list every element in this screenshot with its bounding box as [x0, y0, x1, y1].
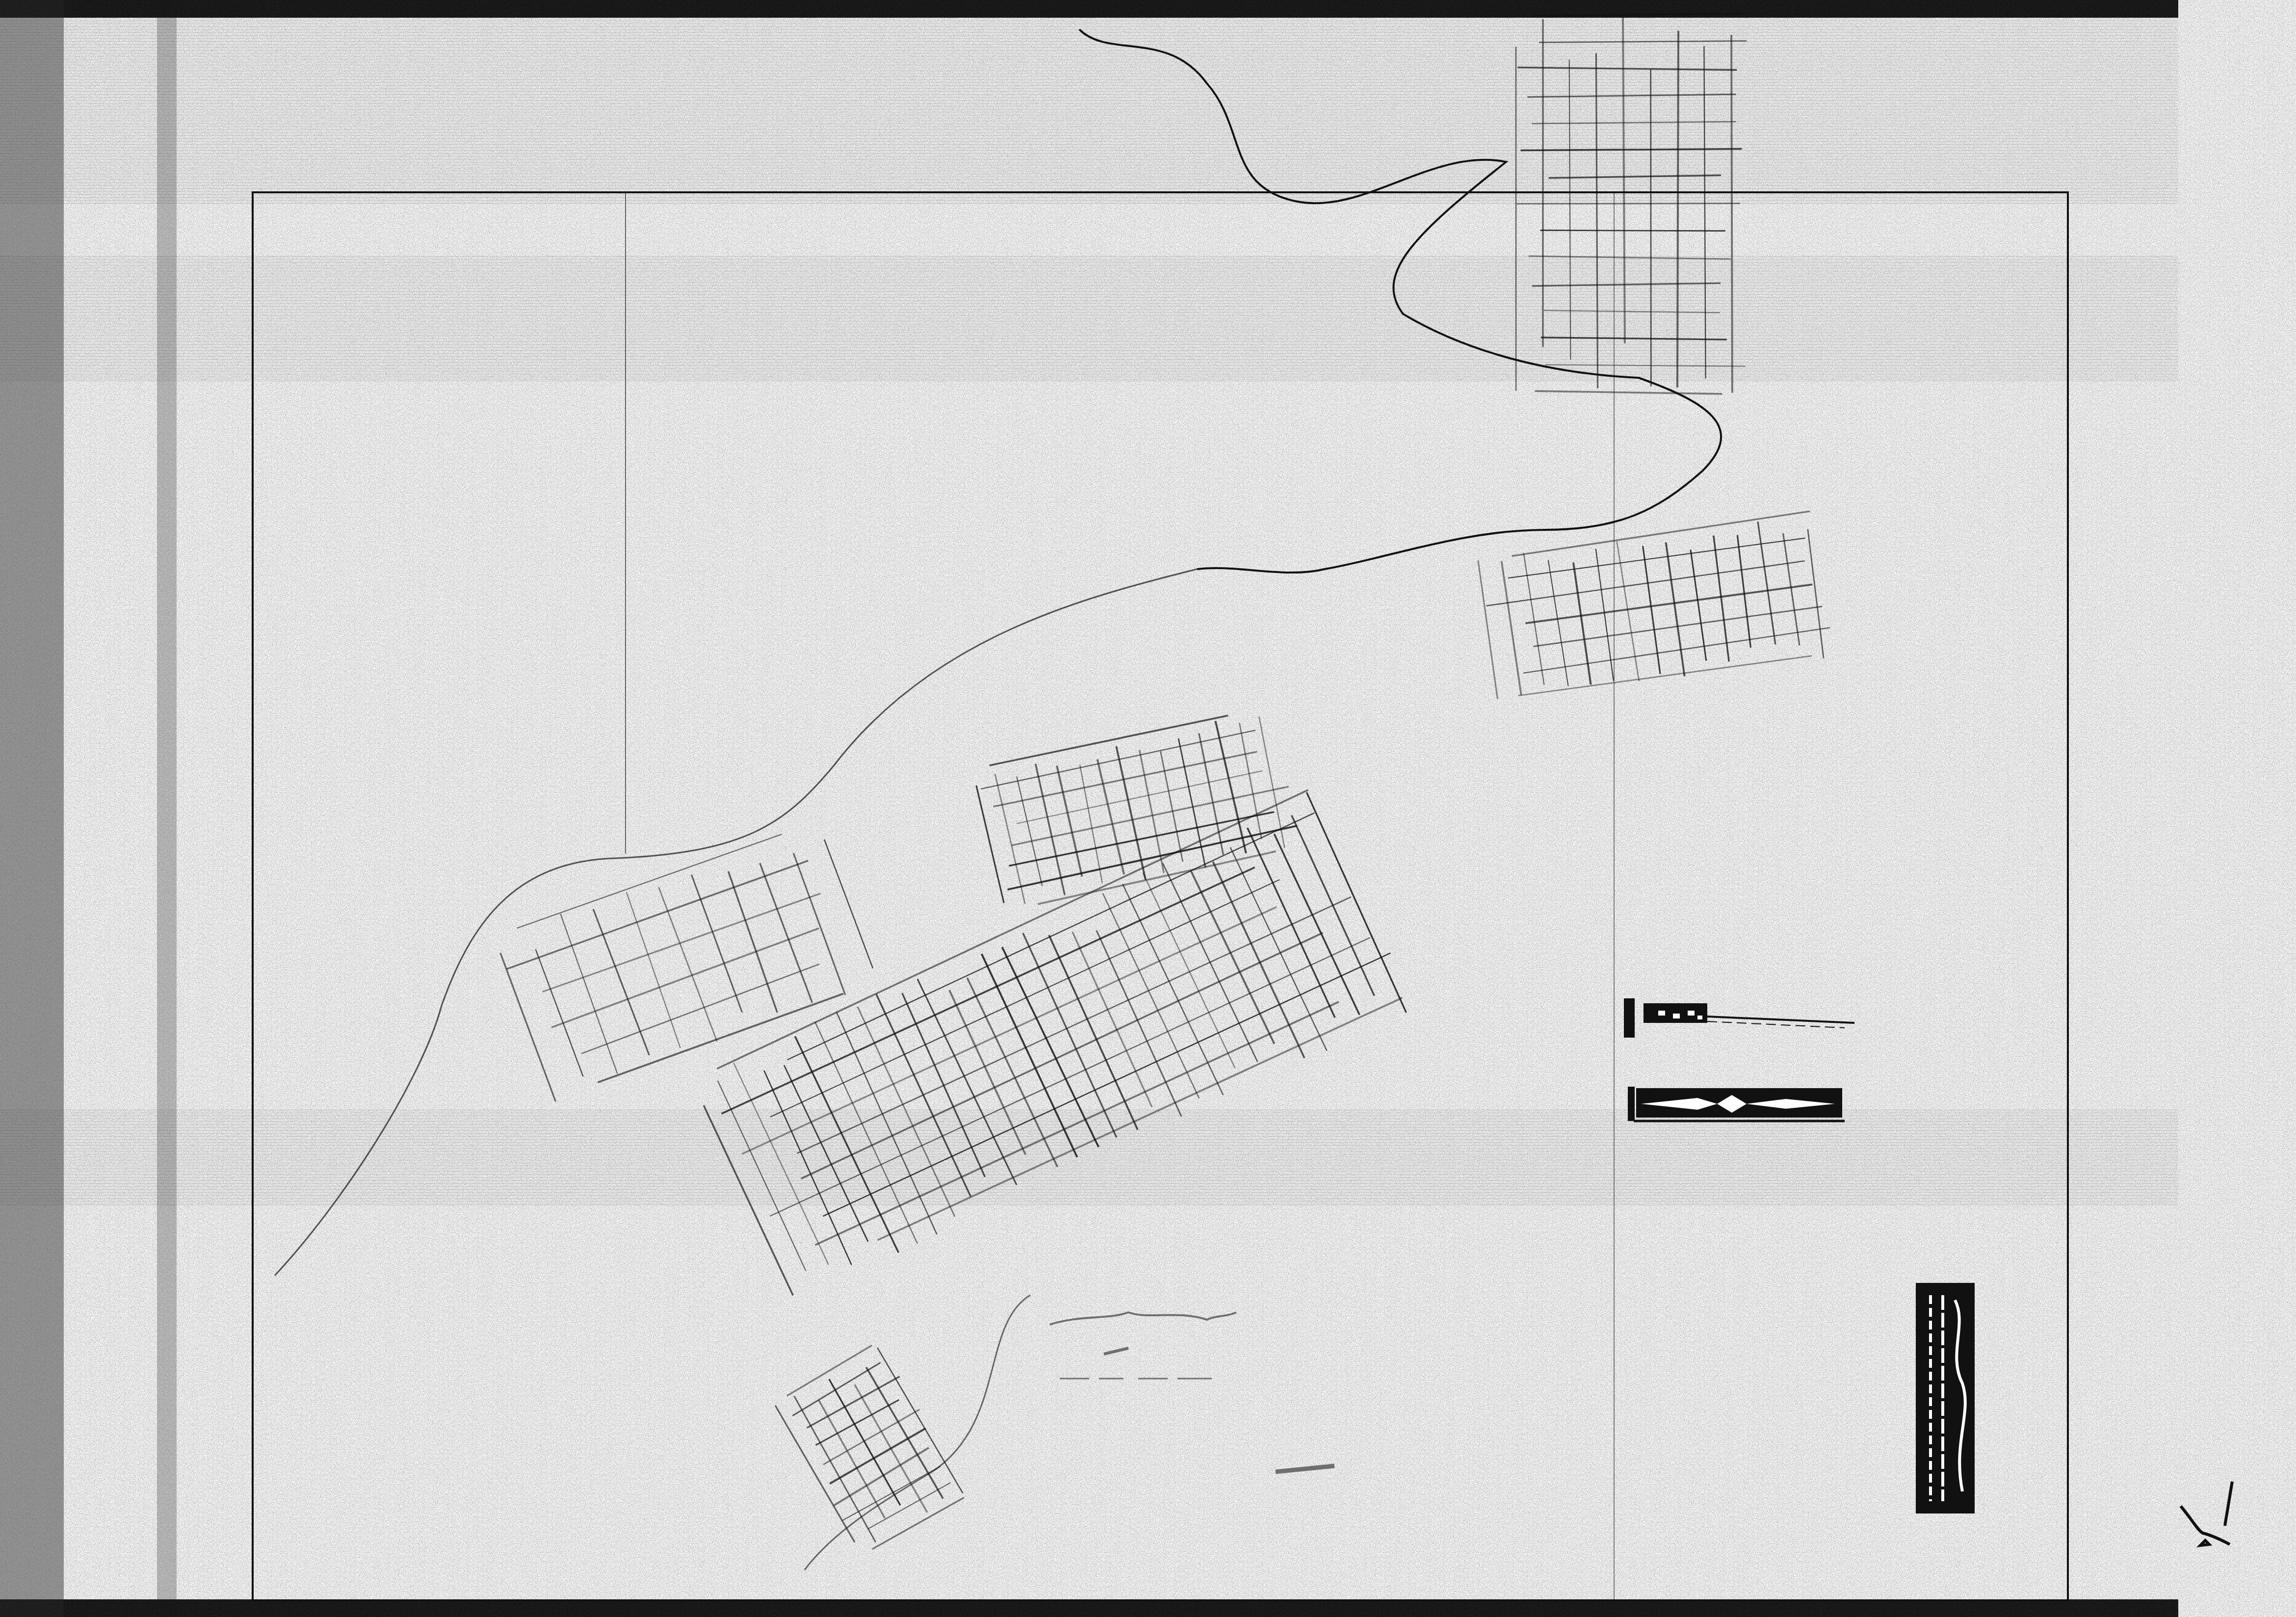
map-canvas [0, 0, 2296, 1617]
stamp [1916, 1283, 1975, 1513]
north-arrow-bar [1628, 1087, 1845, 1121]
